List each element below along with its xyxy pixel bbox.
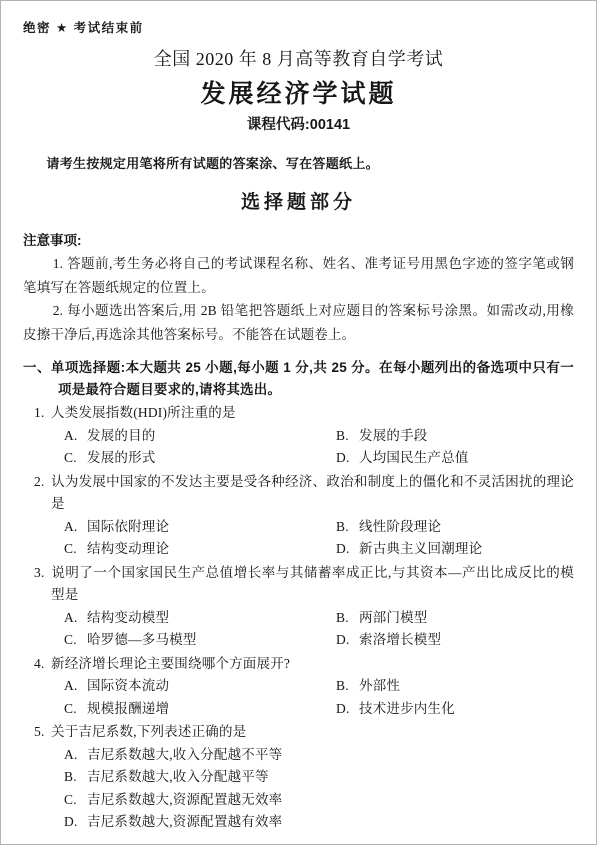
question-1-number: 1. <box>34 402 51 425</box>
question-4-number: 4. <box>34 653 51 676</box>
option-text: 国际资本流动 <box>87 678 169 693</box>
question-1-stem: 人类发展指数(HDI)所注重的是 <box>51 405 236 420</box>
question-1-options: A.发展的目的 B.发展的手段 C.发展的形式 D.人均国民生产总值 <box>23 425 574 470</box>
question-5-stem-line: 5.关于吉尼系数,下列表述正确的是 <box>23 721 574 744</box>
option-text: 索洛增长模型 <box>359 632 441 647</box>
question-item-3: 3.说明了一个国家国民生产总值增长率与其储蓄率成正比,与其资本—产出比成反比的模… <box>23 562 574 652</box>
course-code: 课程代码:00141 <box>23 115 574 135</box>
option-item: B.发展的手段 <box>336 425 574 448</box>
option-text: 新古典主义回潮理论 <box>359 541 482 556</box>
option-text: 线性阶段理论 <box>359 519 441 534</box>
question-item-2: 2.认为发展中国家的不发达主要是受各种经济、政治和制度上的僵化和不灵活困扰的理论… <box>23 471 574 561</box>
option-text: 结构变动模型 <box>87 610 169 625</box>
option-item: B.线性阶段理论 <box>336 516 574 539</box>
notice-heading: 注意事项: <box>23 230 574 252</box>
option-label: B. <box>336 675 359 698</box>
option-label: B. <box>336 516 359 539</box>
option-text: 发展的目的 <box>87 428 156 443</box>
option-item: C.发展的形式 <box>64 447 336 470</box>
option-label: B. <box>336 607 359 630</box>
question-5-stem: 关于吉尼系数,下列表述正确的是 <box>51 724 246 739</box>
option-label: C. <box>64 629 87 652</box>
option-text: 人均国民生产总值 <box>359 450 469 465</box>
option-text: 技术进步内生化 <box>359 701 455 716</box>
option-text: 外部性 <box>359 678 400 693</box>
section-title: 选择题部分 <box>23 190 574 216</box>
notice-item-2: 2. 每小题选出答案后,用 2B 铅笔把答题纸上对应题目的答案标号涂黑。如需改动… <box>23 299 574 346</box>
option-item: B.吉尼系数越大,收入分配越平等 <box>64 766 574 789</box>
option-item: D.索洛增长模型 <box>336 629 574 652</box>
option-label: D. <box>336 629 359 652</box>
option-item: A.吉尼系数越大,收入分配越不平等 <box>64 744 574 767</box>
option-item: B.外部性 <box>336 675 574 698</box>
option-text: 结构变动理论 <box>87 541 169 556</box>
option-text: 吉尼系数越大,收入分配越平等 <box>87 769 269 784</box>
question-2-stem: 认为发展中国家的不发达主要是受各种经济、政治和制度上的僵化和不灵活困扰的理论是 <box>51 474 574 512</box>
option-label: D. <box>64 811 87 834</box>
question-3-stem: 说明了一个国家国民生产总值增长率与其储蓄率成正比,与其资本—产出比成反比的模型是 <box>51 565 574 603</box>
exam-session-title: 全国 2020 年 8 月高等教育自学考试 <box>23 47 574 71</box>
option-item: D.技术进步内生化 <box>336 698 574 721</box>
option-item: D.吉尼系数越大,资源配置越有效率 <box>64 811 574 834</box>
paper-title: 发展经济学试题 <box>23 78 574 110</box>
option-item: C.结构变动理论 <box>64 538 336 561</box>
option-item: A.发展的目的 <box>64 425 336 448</box>
question-item-4: 4.新经济增长理论主要围绕哪个方面展开? A.国际资本流动 B.外部性 C.规模… <box>23 653 574 721</box>
part-one-heading-text: 单项选择题:本大题共 25 小题,每小题 1 分,共 25 分。在每小题列出的备… <box>51 360 574 397</box>
option-label: D. <box>336 447 359 470</box>
option-label: B. <box>64 766 87 789</box>
question-3-stem-line: 3.说明了一个国家国民生产总值增长率与其储蓄率成正比,与其资本—产出比成反比的模… <box>23 562 574 607</box>
option-item: C.规模报酬递增 <box>64 698 336 721</box>
question-1-stem-line: 1.人类发展指数(HDI)所注重的是 <box>23 402 574 425</box>
question-5-options: A.吉尼系数越大,收入分配越不平等 B.吉尼系数越大,收入分配越平等 C.吉尼系… <box>23 744 574 834</box>
option-text: 规模报酬递增 <box>87 701 169 716</box>
option-label: C. <box>64 698 87 721</box>
question-2-number: 2. <box>34 471 51 494</box>
option-text: 国际依附理论 <box>87 519 169 534</box>
option-label: A. <box>64 425 87 448</box>
classification-label: 绝密 ★ 考试结束前 <box>23 20 574 36</box>
option-label: A. <box>64 607 87 630</box>
option-label: B. <box>336 425 359 448</box>
question-2-stem-line: 2.认为发展中国家的不发达主要是受各种经济、政治和制度上的僵化和不灵活困扰的理论… <box>23 471 574 516</box>
exam-paper-page: 绝密 ★ 考试结束前 全国 2020 年 8 月高等教育自学考试 发展经济学试题… <box>0 0 597 845</box>
part-one-heading: 一、单项选择题:本大题共 25 小题,每小题 1 分,共 25 分。在每小题列出… <box>23 357 574 401</box>
question-item-1: 1.人类发展指数(HDI)所注重的是 A.发展的目的 B.发展的手段 C.发展的… <box>23 402 574 470</box>
option-text: 两部门模型 <box>359 610 428 625</box>
option-label: C. <box>64 538 87 561</box>
option-item: A.国际资本流动 <box>64 675 336 698</box>
question-4-stem: 新经济增长理论主要围绕哪个方面展开? <box>51 656 290 671</box>
option-item: D.人均国民生产总值 <box>336 447 574 470</box>
question-4-stem-line: 4.新经济增长理论主要围绕哪个方面展开? <box>23 653 574 676</box>
notice-item-1: 1. 答题前,考生务必将自己的考试课程名称、姓名、准考证号用黑色字迹的签字笔或钢… <box>23 252 574 299</box>
answer-sheet-instruction: 请考生按规定用笔将所有试题的答案涂、写在答题纸上。 <box>23 155 574 173</box>
option-label: D. <box>336 698 359 721</box>
question-3-number: 3. <box>34 562 51 585</box>
option-text: 发展的手段 <box>359 428 428 443</box>
option-label: C. <box>64 789 87 812</box>
question-4-options: A.国际资本流动 B.外部性 C.规模报酬递增 D.技术进步内生化 <box>23 675 574 720</box>
option-text: 吉尼系数越大,资源配置越有效率 <box>87 814 282 829</box>
option-text: 吉尼系数越大,收入分配越不平等 <box>87 747 282 762</box>
option-text: 哈罗德—多马模型 <box>87 632 197 647</box>
option-label: A. <box>64 744 87 767</box>
option-label: A. <box>64 675 87 698</box>
option-item: B.两部门模型 <box>336 607 574 630</box>
option-label: D. <box>336 538 359 561</box>
option-item: D.新古典主义回潮理论 <box>336 538 574 561</box>
question-2-options: A.国际依附理论 B.线性阶段理论 C.结构变动理论 D.新古典主义回潮理论 <box>23 516 574 561</box>
option-item: C.吉尼系数越大,资源配置越无效率 <box>64 789 574 812</box>
option-item: A.国际依附理论 <box>64 516 336 539</box>
option-label: A. <box>64 516 87 539</box>
option-item: C.哈罗德—多马模型 <box>64 629 336 652</box>
option-label: C. <box>64 447 87 470</box>
option-text: 吉尼系数越大,资源配置越无效率 <box>87 792 282 807</box>
question-3-options: A.结构变动模型 B.两部门模型 C.哈罗德—多马模型 D.索洛增长模型 <box>23 607 574 652</box>
question-5-number: 5. <box>34 721 51 744</box>
option-text: 发展的形式 <box>87 450 156 465</box>
part-one-number: 一、 <box>23 360 51 375</box>
question-item-5: 5.关于吉尼系数,下列表述正确的是 A.吉尼系数越大,收入分配越不平等 B.吉尼… <box>23 721 574 834</box>
option-item: A.结构变动模型 <box>64 607 336 630</box>
